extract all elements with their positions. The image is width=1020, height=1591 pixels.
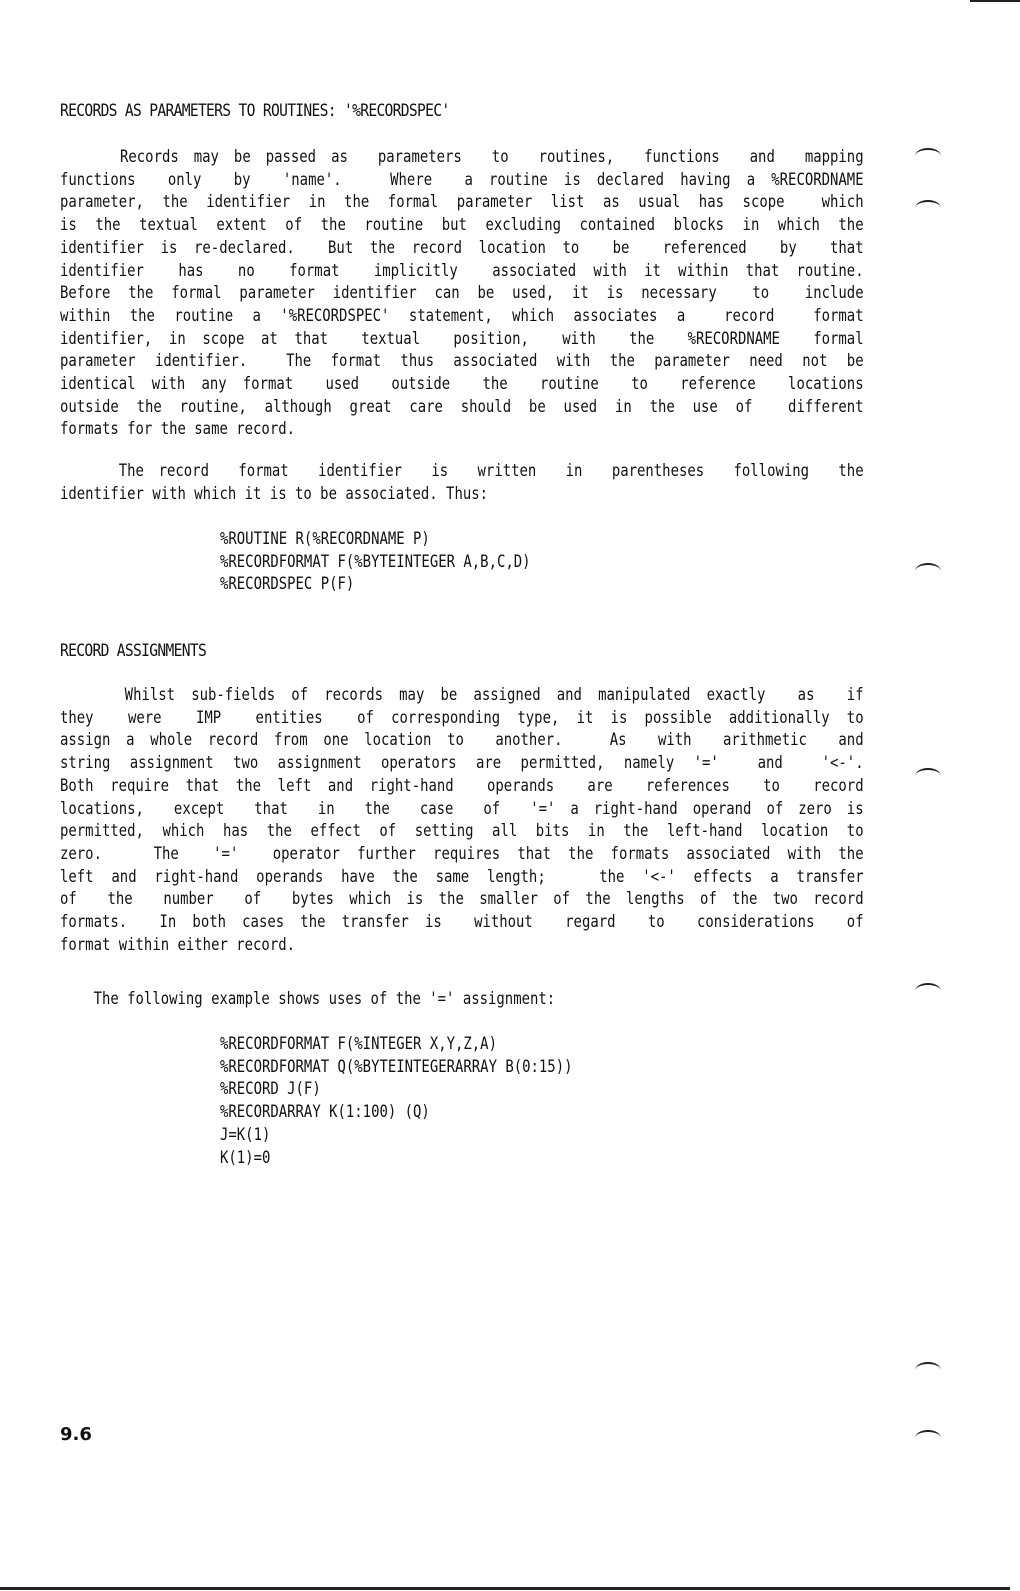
scan-edge-mark [970, 0, 1020, 2]
binder-hole-mark-icon [915, 563, 941, 579]
section-heading-recordspec: RECORDS AS PARAMETERS TO ROUTINES: '%REC… [60, 101, 449, 121]
text-line: within the routine a '%RECORDSPEC' state… [60, 305, 864, 328]
binder-hole-mark-icon [915, 768, 941, 784]
text-line: identifier, in scope at that textual pos… [60, 328, 864, 351]
text-line: outside the routine, although great care… [60, 396, 864, 419]
text-line: Records may be passed as parameters to r… [60, 146, 864, 169]
text-line: Whilst sub-fields of records may be assi… [60, 684, 864, 707]
text-line: parameter, the identifier in the formal … [60, 191, 864, 214]
section-heading-record-assignments: RECORD ASSIGNMENTS [60, 641, 206, 661]
code-line: %RECORDARRAY K(1:100) (Q) [220, 1101, 572, 1124]
binder-hole-mark-icon [915, 200, 941, 216]
text-line: parameter identifier. The format thus as… [60, 350, 864, 373]
code-line: %ROUTINE R(%RECORDNAME P) [220, 528, 531, 551]
code-line: %RECORDSPEC P(F) [220, 573, 531, 596]
code-line: %RECORD J(F) [220, 1078, 572, 1101]
code-example-recordspec: %ROUTINE R(%RECORDNAME P) %RECORDFORMAT … [220, 528, 599, 596]
text-line: identifier has no format implicitly asso… [60, 260, 864, 283]
text-line: Before the formal parameter identifier c… [60, 282, 864, 305]
text-line: Both require that the left and right-han… [60, 775, 864, 798]
code-line: %RECORDFORMAT F(%INTEGER X,Y,Z,A) [220, 1033, 572, 1056]
code-example-assignment: %RECORDFORMAT F(%INTEGER X,Y,Z,A) %RECOR… [220, 1033, 650, 1169]
text-line: The record format identifier is written … [60, 460, 864, 483]
binder-hole-mark-icon [915, 148, 941, 164]
text-line: of the number of bytes which is the smal… [60, 888, 864, 911]
paragraph-example-intro: The following example shows uses of the … [60, 988, 863, 1011]
document-page: RECORDS AS PARAMETERS TO ROUTINES: '%REC… [0, 0, 1020, 1591]
paragraph-record-assignments: Whilst sub-fields of records may be assi… [60, 684, 863, 956]
page-number: 9.6 [60, 1424, 92, 1445]
text-line: locations, except that in the case of '=… [60, 798, 864, 821]
text-line: format within either record. [60, 934, 864, 957]
text-line: identical with any format used outside t… [60, 373, 864, 396]
text-line: zero. The '=' operator further requires … [60, 843, 864, 866]
text-line: The following example shows uses of the … [60, 988, 864, 1011]
text-line: functions only by 'name'. Where a routin… [60, 169, 864, 192]
text-line: assign a whole record from one location … [60, 729, 864, 752]
text-line: permitted, which has the effect of setti… [60, 820, 864, 843]
text-line: formats. In both cases the transfer is w… [60, 911, 864, 934]
text-line: identifier with which it is to be associ… [60, 483, 864, 506]
text-line: formats for the same record. [60, 418, 864, 441]
text-line: is the textual extent of the routine but… [60, 214, 864, 237]
binder-hole-mark-icon [915, 1362, 941, 1378]
paragraph-format-identifier: The record format identifier is written … [60, 460, 863, 505]
code-line: %RECORDFORMAT F(%BYTEINTEGER A,B,C,D) [220, 551, 531, 574]
code-line: %RECORDFORMAT Q(%BYTEINTEGERARRAY B(0:15… [220, 1056, 572, 1079]
text-line: left and right-hand operands have the sa… [60, 866, 864, 889]
scan-edge-mark [0, 1587, 1010, 1590]
binder-hole-mark-icon [915, 983, 941, 999]
code-line: J=K(1) [220, 1124, 572, 1147]
text-line: string assignment two assignment operato… [60, 752, 864, 775]
code-line: K(1)=0 [220, 1147, 572, 1170]
binder-hole-mark-icon [915, 1430, 941, 1446]
paragraph-recordspec-intro: Records may be passed as parameters to r… [60, 146, 863, 441]
text-line: they were IMP entities of corresponding … [60, 707, 864, 730]
text-line: identifier is re-declared. But the recor… [60, 237, 864, 260]
